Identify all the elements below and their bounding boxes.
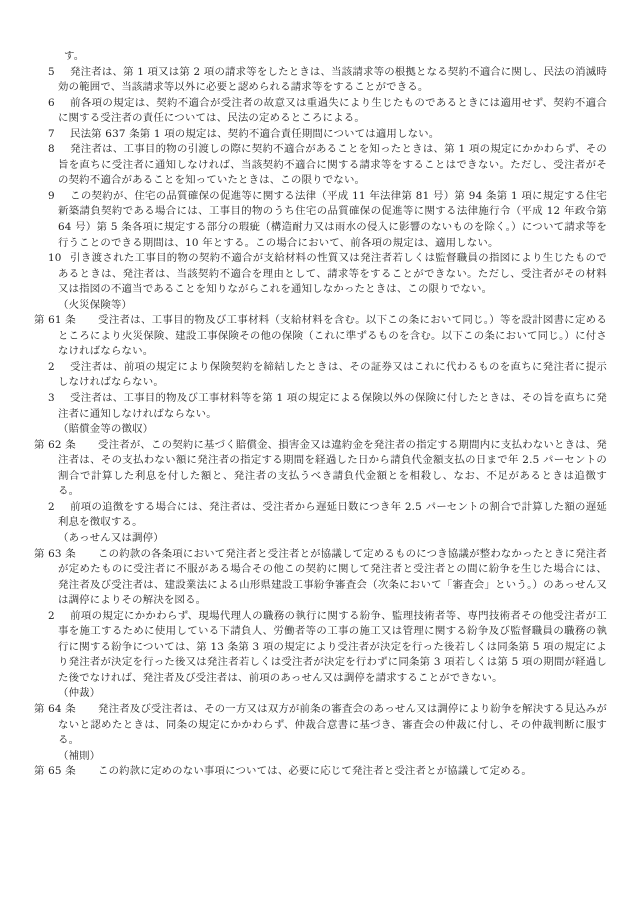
paragraph-number: 10 <box>53 251 70 267</box>
paragraph-text: 前各項の規定は、契約不適合が受注者の故意又は重過失により生じたものであるときには… <box>58 97 607 125</box>
heading-paragraph: （補則） <box>46 749 607 765</box>
paragraph-text: 引き渡された工事目的物の契約不適合が支給材料の性質又は発注者若しくは監督職員の指… <box>58 252 607 295</box>
item-paragraph: 8発注者は、工事目的物の引渡しの際に契約不適合があることを知ったときは、第 1 … <box>46 142 607 189</box>
document-body: す。5発注者は、第 1 項又は第 2 項の請求等をしたときは、当該請求等の根拠と… <box>46 49 607 780</box>
article-paragraph: 第 62 条受注者が、この契約に基づく賠償金、損害金又は違約金を発注者の指定する… <box>46 438 607 500</box>
paragraph-number: 第 64 条 <box>46 702 98 718</box>
item-paragraph: 2前項の追徴をする場合には、発注者は、受注者から遅延日数につき年 2.5 パーセ… <box>46 500 607 531</box>
paragraph-number: 第 63 条 <box>46 547 98 563</box>
heading-paragraph: （仲裁） <box>46 686 607 702</box>
paragraph-text: （あっせん又は調停） <box>58 532 164 544</box>
paragraph-number: 2 <box>53 360 70 376</box>
item-paragraph: 5発注者は、第 1 項又は第 2 項の請求等をしたときは、当該請求等の根拠となる… <box>46 65 607 96</box>
item-paragraph: 2前項の規定にかかわらず、現場代理人の職務の執行に関する紛争、監理技術者等、専門… <box>46 609 607 687</box>
paragraph-text: （賠償金等の徴収） <box>58 423 153 435</box>
item-paragraph: 6前各項の規定は、契約不適合が受注者の故意又は重過失により生じたものであるときに… <box>46 96 607 127</box>
paragraph-text: 前項の追徴をする場合には、発注者は、受注者から遅延日数につき年 2.5 パーセン… <box>58 501 607 529</box>
article-paragraph: 第 63 条この約款の各条項において発注者と受注者とが協議して定めるものにつき協… <box>46 547 607 609</box>
paragraph-number: 2 <box>53 500 70 516</box>
paragraph-text: （仲裁） <box>58 687 100 699</box>
paragraph-number: 第 62 条 <box>46 438 98 454</box>
document-page: す。5発注者は、第 1 項又は第 2 項の請求等をしたときは、当該請求等の根拠と… <box>0 0 630 903</box>
heading-paragraph: （あっせん又は調停） <box>46 531 607 547</box>
paragraph-text: この約款に定めのない事項については、必要に応じて発注者と受注者とが協議して定める… <box>98 765 532 777</box>
item-paragraph: 2受注者は、前項の規定により保険契約を締結したときは、その証券又はこれに代わるも… <box>46 360 607 391</box>
article-paragraph: 第 61 条受注者は、工事目的物及び工事材料（支給材料を含む。以下この条において… <box>46 313 607 360</box>
paragraph-text: （火災保険等） <box>58 299 132 311</box>
paragraph-text: 発注者は、工事目的物の引渡しの際に契約不適合があることを知ったときは、第 1 項… <box>58 143 607 186</box>
paragraph-text: す。 <box>64 50 84 62</box>
paragraph-text: 発注者は、第 1 項又は第 2 項の請求等をしたときは、当該請求等の根拠となる契… <box>58 66 607 94</box>
paragraph-number: 3 <box>53 391 70 407</box>
paragraph-text: 前項の規定にかかわらず、現場代理人の職務の執行に関する紛争、監理技術者等、専門技… <box>58 610 607 684</box>
item-paragraph: 9この契約が、住宅の品質確保の促進等に関する法律（平成 11 年法律第 81 号… <box>46 189 607 251</box>
paragraph-text: 受注者は、前項の規定により保険契約を締結したときは、その証券又はこれに代わるもの… <box>58 361 607 389</box>
paragraph-number: 2 <box>53 609 70 625</box>
paragraph-number: 7 <box>53 127 70 143</box>
item-paragraph: 3受注者は、工事目的物及び工事材料等を第 1 項の規定による保険以外の保険に付し… <box>46 391 607 422</box>
paragraph-text: 受注者は、工事目的物及び工事材料（支給材料を含む。以下この条において同じ。）等を… <box>58 314 607 357</box>
paragraph-text: この約款の各条項において発注者と受注者とが協議して定めるものにつき協議が整わなか… <box>58 548 607 607</box>
article-paragraph: 第 64 条発注者及び受注者は、その一方又は双方が前条の審査会のあっせん又は調停… <box>46 702 607 749</box>
paragraph-text: 受注者が、この契約に基づく賠償金、損害金又は違約金を発注者の指定する期間内に支払… <box>58 439 607 498</box>
paragraph-number: 第 61 条 <box>46 313 98 329</box>
item-paragraph: 10引き渡された工事目的物の契約不適合が支給材料の性質又は発注者若しくは監督職員… <box>46 251 607 298</box>
paragraph-text: 受注者は、工事目的物及び工事材料等を第 1 項の規定による保険以外の保険に付した… <box>58 392 607 420</box>
paragraph-number: 6 <box>53 96 70 112</box>
paragraph-text: この契約が、住宅の品質確保の促進等に関する法律（平成 11 年法律第 81 号）… <box>58 190 607 249</box>
paragraph-text: （補則） <box>58 750 100 762</box>
paragraph-number: 9 <box>53 189 70 205</box>
paragraph-number: 5 <box>53 65 70 81</box>
heading-paragraph: （賠償金等の徴収） <box>46 422 607 438</box>
heading-paragraph: （火災保険等） <box>46 298 607 314</box>
item-paragraph: 7民法第 637 条第 1 項の規定は、契約不適合責任期間については適用しない。 <box>46 127 607 143</box>
paragraph-number: 第 65 条 <box>46 764 98 780</box>
paragraph-text: 発注者及び受注者は、その一方又は双方が前条の審査会のあっせん又は調停により紛争を… <box>58 703 607 746</box>
article-paragraph: 第 65 条この約款に定めのない事項については、必要に応じて発注者と受注者とが協… <box>46 764 607 780</box>
paragraph-number: 8 <box>53 142 70 158</box>
paragraph-text: 民法第 637 条第 1 項の規定は、契約不適合責任期間については適用しない。 <box>70 128 439 140</box>
continuation-paragraph: す。 <box>46 49 607 65</box>
